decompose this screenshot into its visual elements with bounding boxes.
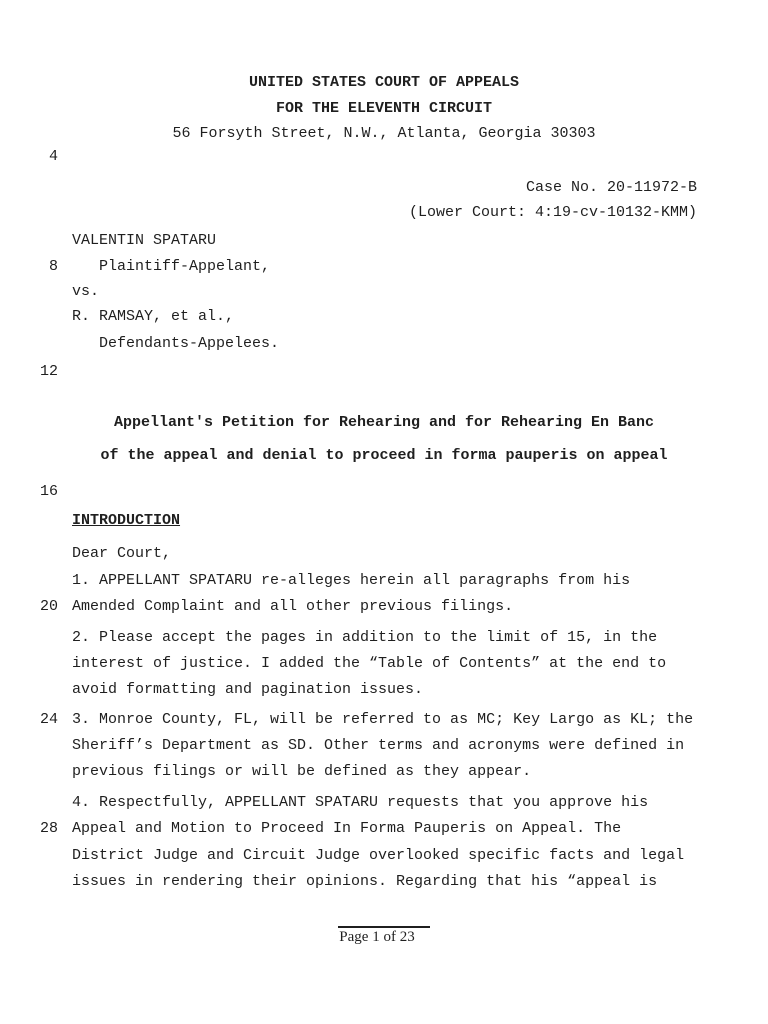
paragraph-2-line: interest of justice. I added the “Table … (72, 654, 728, 674)
margin-line-number: 24 (24, 710, 58, 730)
salutation: Dear Court, (72, 544, 728, 564)
margin-line-number: 20 (24, 597, 58, 617)
paragraph-4-line: issues in rendering their opinions. Rega… (72, 872, 728, 892)
document-page: 4 8 12 16 20 24 28 UNITED STATES COURT O… (0, 0, 768, 1024)
defendant-role: Defendants-Appelees. (72, 334, 728, 354)
paragraph-1-line: Amended Complaint and all other previous… (72, 597, 728, 617)
paragraph-2-line: 2. Please accept the pages in addition t… (72, 628, 728, 648)
court-name-line1: UNITED STATES COURT OF APPEALS (0, 73, 768, 93)
margin-line-number: 12 (24, 362, 58, 382)
defendant-name: R. RAMSAY, et al., (72, 307, 728, 327)
introduction-heading: INTRODUCTION (72, 511, 728, 531)
plaintiff-name: VALENTIN SPATARU (72, 231, 728, 251)
versus-label: vs. (72, 282, 728, 302)
margin-line-number: 28 (24, 819, 58, 839)
margin-line-number: 16 (24, 482, 58, 502)
court-address: 56 Forsyth Street, N.W., Atlanta, Georgi… (0, 124, 768, 144)
paragraph-4-line: Appeal and Motion to Proceed In Forma Pa… (72, 819, 728, 839)
paragraph-3-line: previous filings or will be defined as t… (72, 762, 728, 782)
margin-line-number: 8 (24, 257, 58, 277)
lower-court-number: (Lower Court: 4:19-cv-10132-KMM) (0, 203, 697, 223)
paragraph-4-line: 4. Respectfully, APPELLANT SPATARU reque… (72, 793, 728, 813)
plaintiff-role: Plaintiff-Appelant, (72, 257, 728, 277)
page-footer: Page 1 of 23 (0, 926, 768, 946)
paragraph-3-line: 3. Monroe County, FL, will be referred t… (72, 710, 728, 730)
court-name-line2: FOR THE ELEVENTH CIRCUIT (0, 99, 768, 119)
margin-line-number: 4 (24, 147, 58, 167)
petition-title-line1: Appellant's Petition for Rehearing and f… (0, 413, 768, 433)
paragraph-2-line: avoid formatting and pagination issues. (72, 680, 728, 700)
paragraph-3-line: Sheriff’s Department as SD. Other terms … (72, 736, 728, 756)
petition-title-line2: of the appeal and denial to proceed in f… (0, 446, 768, 466)
paragraph-4-line: District Judge and Circuit Judge overloo… (72, 846, 728, 866)
case-number: Case No. 20-11972-B (0, 178, 697, 198)
page-indicator: Page 1 of 23 (338, 926, 429, 946)
paragraph-1-line: 1. APPELLANT SPATARU re-alleges herein a… (72, 571, 728, 591)
